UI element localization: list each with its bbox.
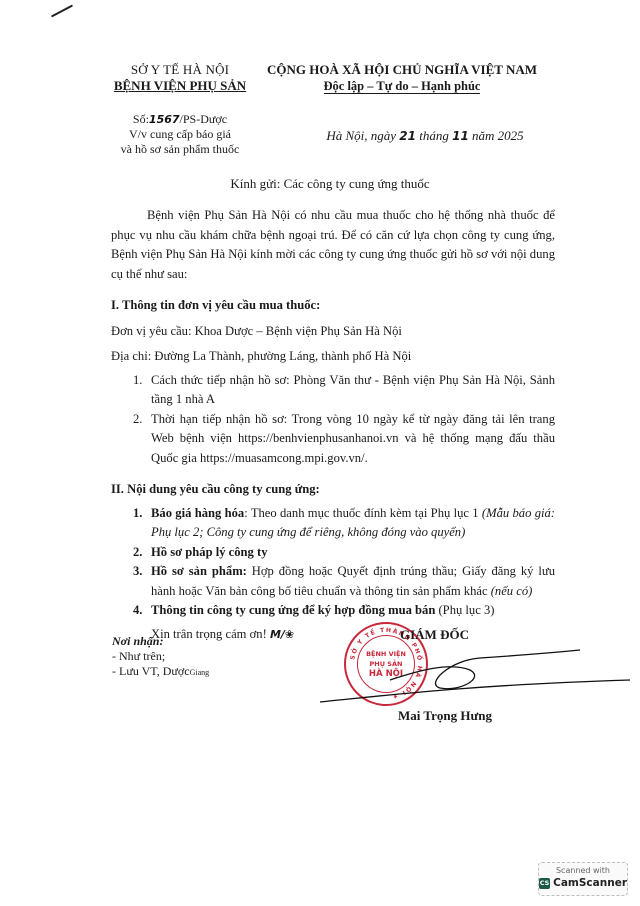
country-name: CỘNG HOÀ XÃ HỘI CHỦ NGHĨA VIỆT NAM <box>262 62 542 78</box>
greeting: Kính gửi: Các công ty cung ứng thuốc <box>100 176 560 192</box>
subject-line-2: và hồ sơ sản phẩm thuốc <box>100 142 260 157</box>
list-item: 1.Cách thức tiếp nhận hồ sơ: Phòng Văn t… <box>111 371 555 410</box>
issuer-header: SỞ Y TẾ HÀ NỘI BỆNH VIỆN PHỤ SẢN <box>100 62 260 94</box>
section-2-list: 1.Báo giá hàng hóa: Theo danh mục thuốc … <box>111 504 555 621</box>
section-2-title: II. Nội dung yêu cầu công ty cung ứng: <box>111 480 555 500</box>
document-number-block: Số:1567/PS-Dược V/v cung cấp báo giá và … <box>100 112 260 157</box>
intro-paragraph: Bệnh viện Phụ Sản Hà Nội có nhu cầu mua … <box>111 206 555 284</box>
section-1-list: 1.Cách thức tiếp nhận hồ sơ: Phòng Văn t… <box>111 371 555 469</box>
signatory-name: Mai Trọng Hưng <box>398 708 492 724</box>
recipients-title: Nơi nhận: <box>112 634 209 649</box>
handwritten-month: 11 <box>452 129 469 143</box>
recipients-block: Nơi nhận: - Như trên; - Lưu VT, DượcGian… <box>112 634 209 680</box>
camscanner-watermark: Scanned with CS CamScanner <box>538 862 628 896</box>
address: Địa chỉ: Đường La Thành, phường Láng, th… <box>111 347 555 367</box>
department-name: SỞ Y TẾ HÀ NỘI <box>100 62 260 78</box>
camscanner-logo-icon: CS <box>539 878 550 889</box>
list-item: 3.Hồ sơ sản phẩm: Hợp đồng hoặc Quyết đị… <box>111 562 555 601</box>
subject-line-1: V/v cung cấp báo giá <box>100 127 260 142</box>
document-number: Số:1567/PS-Dược <box>100 112 260 127</box>
date-line: Hà Nội, ngày 21 tháng 11 năm 2025 <box>285 128 565 144</box>
section-1-title: I. Thông tin đơn vị yêu cầu mua thuốc: <box>111 296 555 316</box>
recipient-line: - Lưu VT, DượcGiang <box>112 664 209 680</box>
camscanner-name: CamScanner <box>553 877 627 889</box>
hospital-name: BỆNH VIỆN PHỤ SẢN <box>100 78 260 94</box>
national-motto: Độc lập – Tự do – Hạnh phúc <box>262 78 542 94</box>
handwritten-initials: M/❀ <box>270 628 294 641</box>
requesting-unit: Đơn vị yêu cầu: Khoa Dược – Bệnh viện Ph… <box>111 322 555 342</box>
list-item: 2.Thời hạn tiếp nhận hồ sơ: Trong vòng 1… <box>111 410 555 469</box>
pen-mark <box>51 4 73 17</box>
recipient-line: - Như trên; <box>112 649 209 664</box>
national-header: CỘNG HOÀ XÃ HỘI CHỦ NGHĨA VIỆT NAM Độc l… <box>262 62 542 94</box>
list-item: 1.Báo giá hàng hóa: Theo danh mục thuốc … <box>111 504 555 543</box>
list-item: 4.Thông tin công ty cung ứng để ký hợp đ… <box>111 601 555 621</box>
watermark-caption: Scanned with <box>539 866 627 875</box>
handwritten-day: 21 <box>399 129 416 143</box>
list-item: 2.Hồ sơ pháp lý công ty <box>111 543 555 563</box>
handwritten-signature-icon <box>310 640 640 710</box>
handwritten-number: 1567 <box>149 113 180 126</box>
letter-body: Bệnh viện Phụ Sản Hà Nội có nhu cầu mua … <box>111 206 555 644</box>
